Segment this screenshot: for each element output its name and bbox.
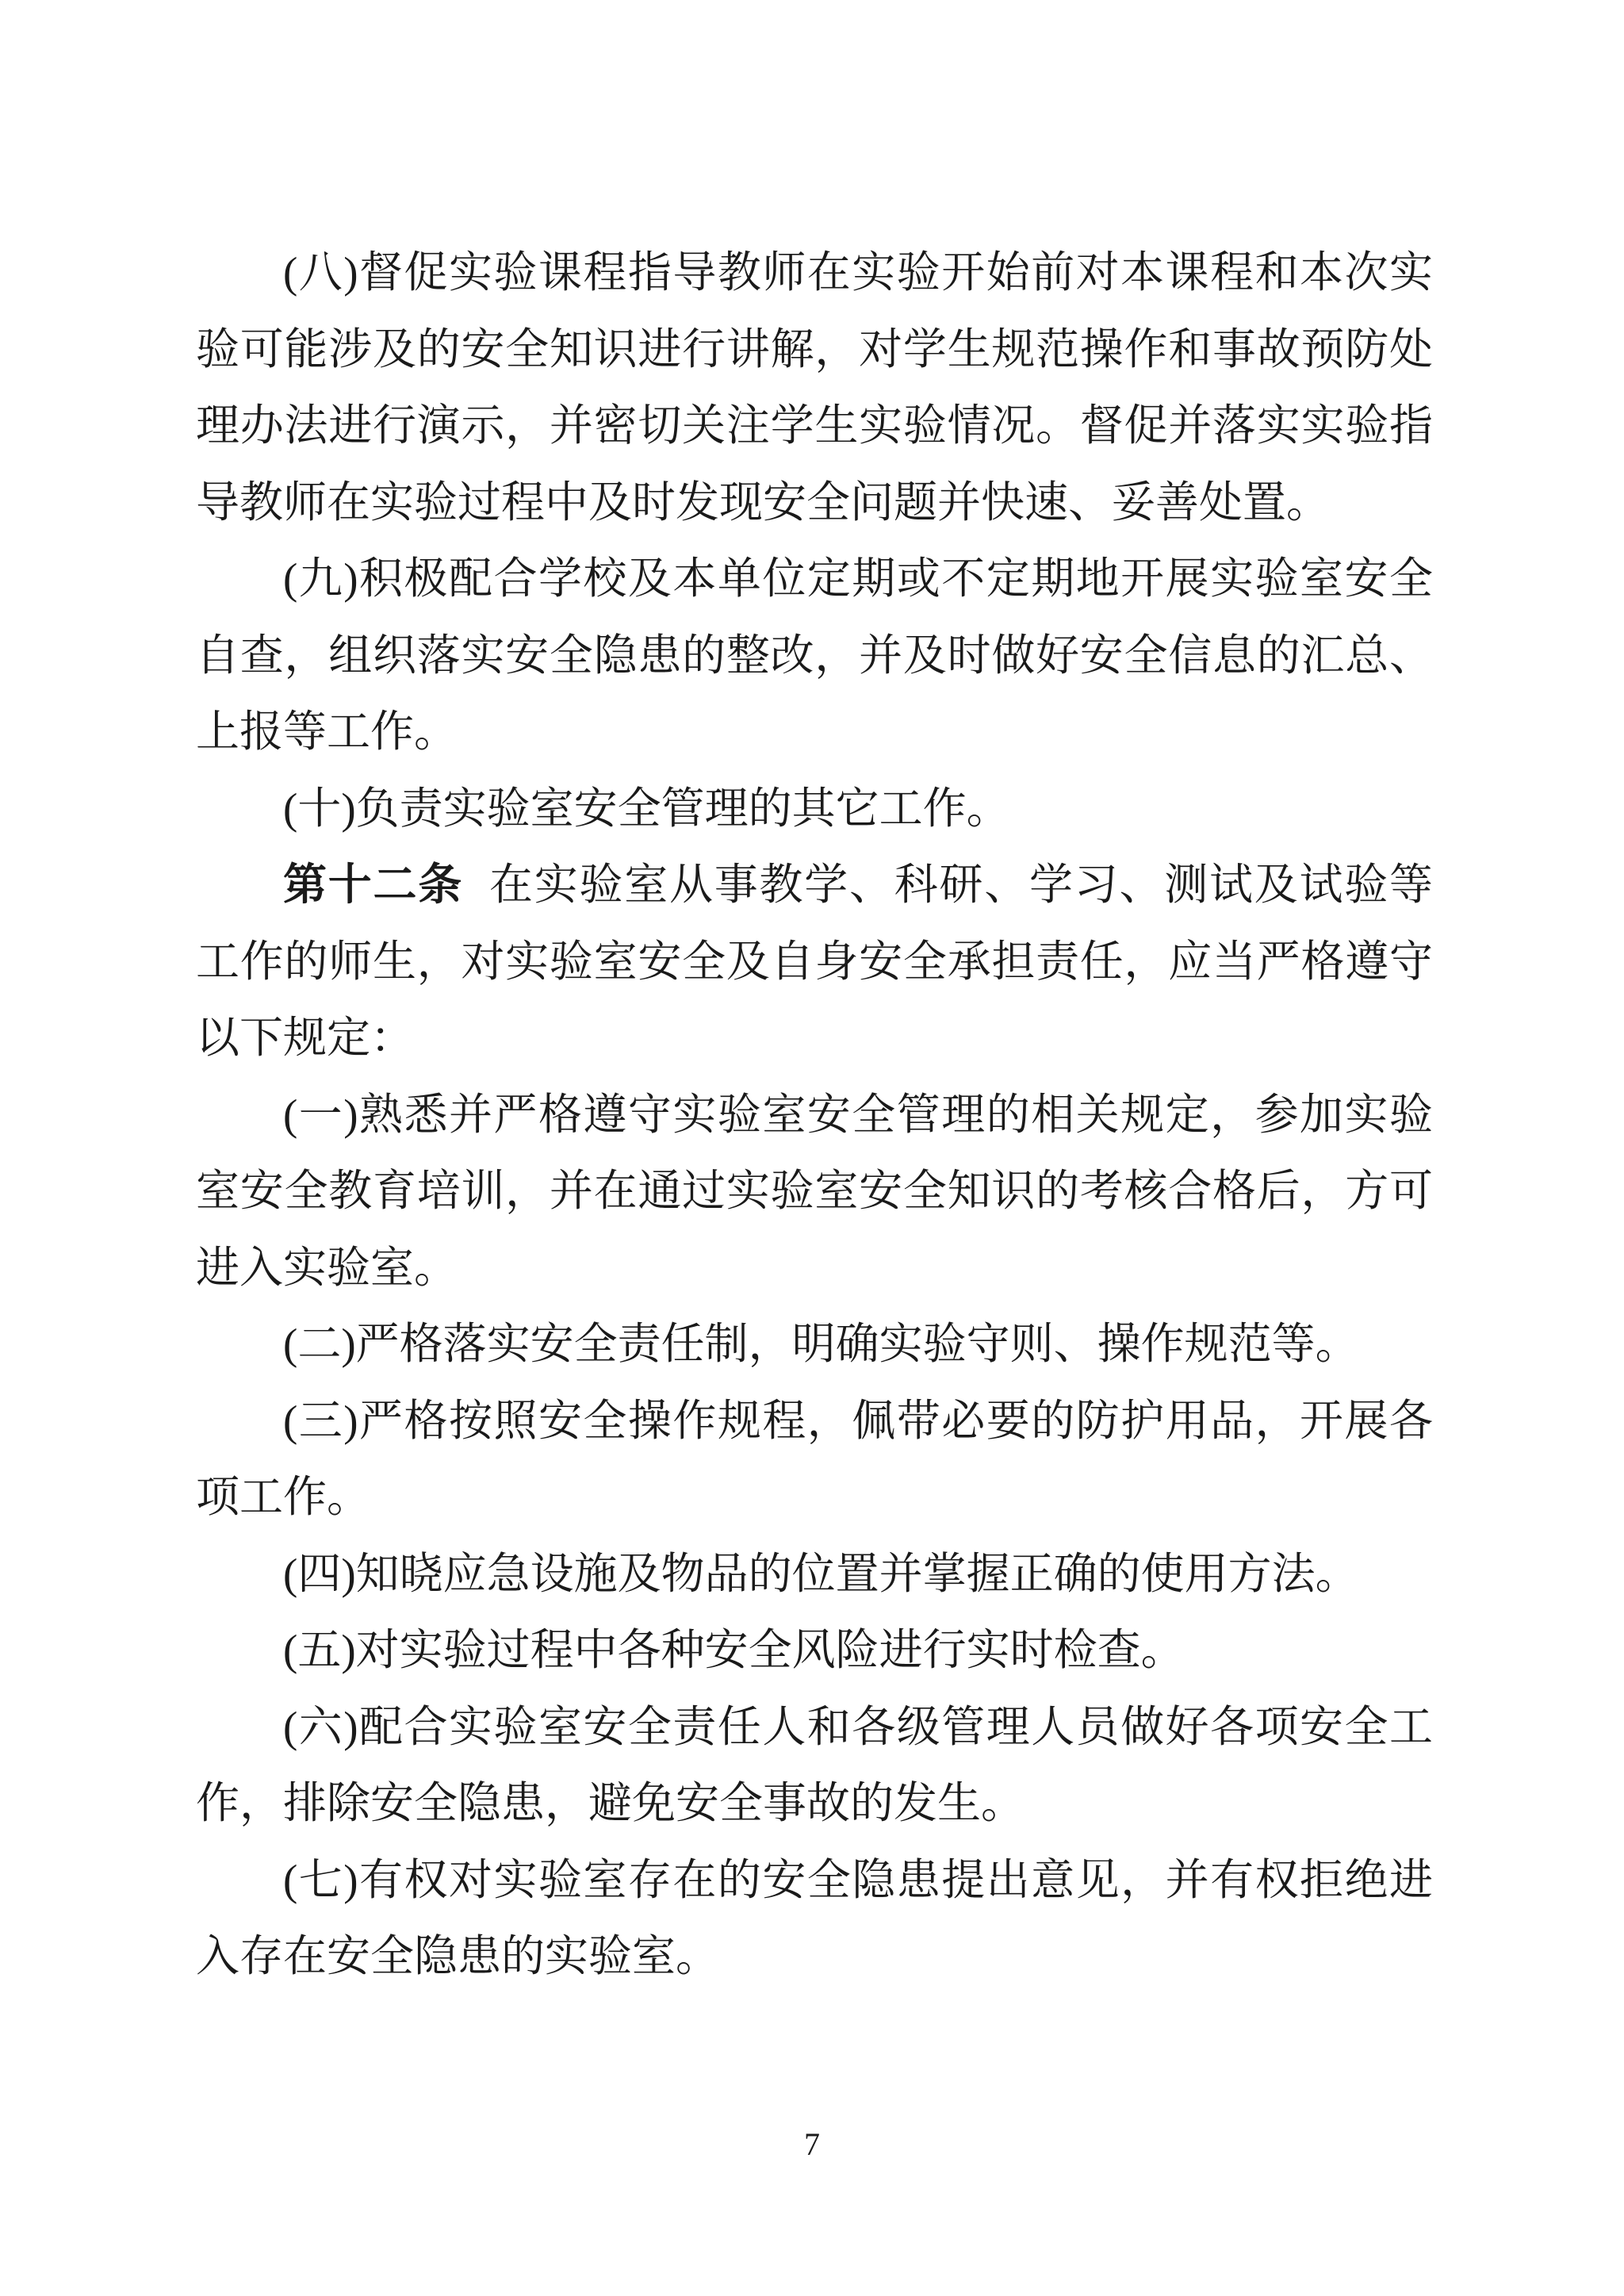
text-line: (三)严格按照安全操作规程，佩带必要的防护用品，开展各 (196, 1383, 1433, 1460)
text-line: 进入实验室。 (196, 1230, 1433, 1307)
page-footer: 7 (0, 2127, 1624, 2162)
text-line: (六)配合实验室安全责任人和各级管理人员做好各项安全工 (196, 1689, 1433, 1766)
article-number: 第十二条 (283, 861, 463, 909)
text-line: 上报等工作。 (196, 694, 1433, 771)
text-line: 室安全教育培训，并在通过实验室安全知识的考核合格后，方可 (196, 1153, 1433, 1230)
document-page: (八)督促实验课程指导教师在实验开始前对本课程和本次实验可能涉及的安全知识进行讲… (0, 0, 1624, 2296)
text-line: 理办法进行演示，并密切关注学生实验情况。督促并落实实验指 (196, 388, 1433, 465)
text-line: 以下规定： (196, 1000, 1433, 1077)
text-line: 项工作。 (196, 1459, 1433, 1536)
text-line: 入存在安全隐患的实验室。 (196, 1918, 1433, 1995)
text-line: 工作的师生，对实验室安全及自身安全承担责任，应当严格遵守 (196, 924, 1433, 1001)
text-line: (八)督促实验课程指导教师在实验开始前对本课程和本次实 (196, 235, 1433, 312)
text-line: (十)负责实验室安全管理的其它工作。 (196, 771, 1433, 848)
text-line: (一)熟悉并严格遵守实验室安全管理的相关规定，参加实验 (196, 1077, 1433, 1154)
text-line: (七)有权对实验室存在的安全隐患提出意见，并有权拒绝进 (196, 1842, 1433, 1919)
text-line: (四)知晓应急设施及物品的位置并掌握正确的使用方法。 (196, 1536, 1433, 1613)
text-line: (九)积极配合学校及本单位定期或不定期地开展实验室安全 (196, 541, 1433, 618)
text-line: (五)对实验过程中各种安全风险进行实时检查。 (196, 1612, 1433, 1689)
article-text: 在实验室从事教学、科研、学习、测试及试验等 (489, 861, 1433, 909)
article-heading-line: 第十二条在实验室从事教学、科研、学习、测试及试验等 (196, 847, 1433, 924)
text-line: 验可能涉及的安全知识进行讲解，对学生规范操作和事故预防处 (196, 312, 1433, 389)
document-body: (八)督促实验课程指导教师在实验开始前对本课程和本次实验可能涉及的安全知识进行讲… (196, 235, 1433, 1995)
text-line: 作，排除安全隐患，避免安全事故的发生。 (196, 1765, 1433, 1842)
page-number: 7 (804, 2126, 820, 2162)
text-line: 导教师在实验过程中及时发现安全问题并快速、妥善处置。 (196, 465, 1433, 542)
text-line: 自查，组织落实安全隐患的整改，并及时做好安全信息的汇总、 (196, 618, 1433, 695)
text-line: (二)严格落实安全责任制，明确实验守则、操作规范等。 (196, 1306, 1433, 1383)
